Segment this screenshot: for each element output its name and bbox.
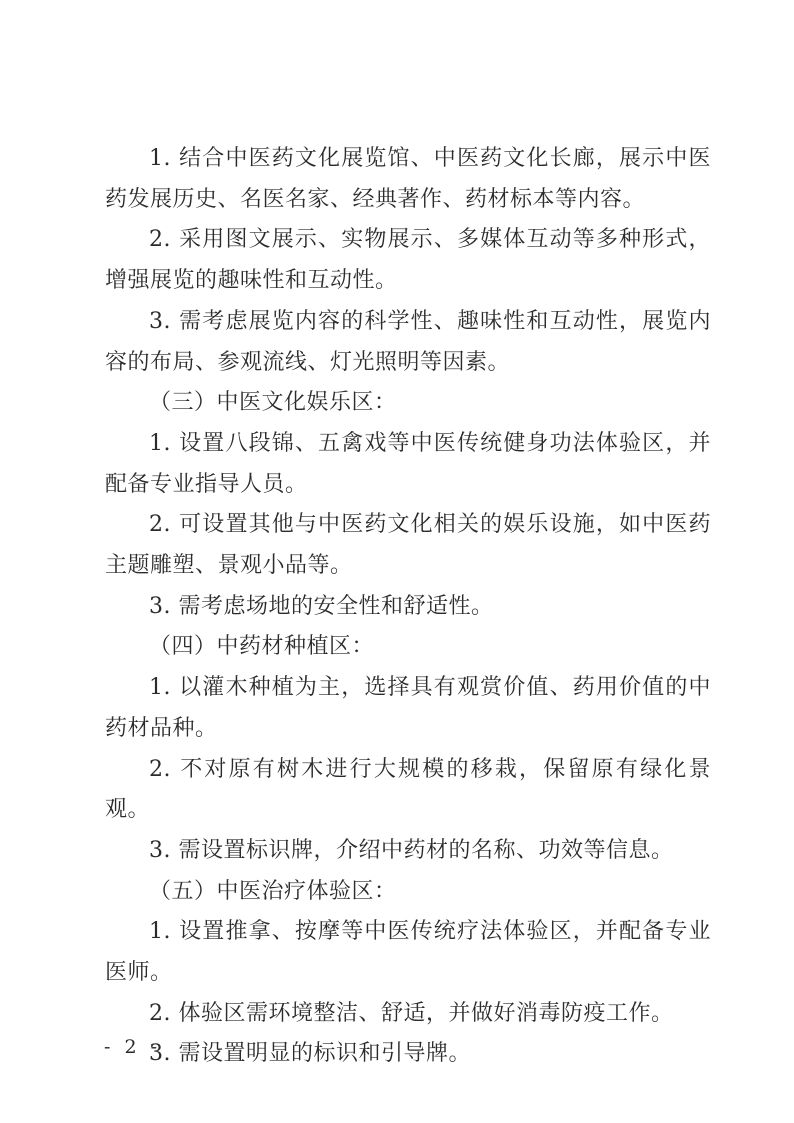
body-paragraph: 1. 设置推拿、按摩等中医传统疗法体验区，并配备专业医师。 (105, 912, 711, 993)
body-paragraph: 1. 以灌木种植为主，选择具有观赏价值、药用价值的中药材品种。 (105, 668, 711, 749)
body-paragraph: 2. 可设置其他与中医药文化相关的娱乐设施，如中医药主题雕塑、景观小品等。 (105, 505, 711, 586)
body-paragraph: 2. 采用图文展示、实物展示、多媒体互动等多种形式，增强展览的趣味性和互动性。 (105, 220, 711, 301)
body-paragraph: 1. 设置八段锦、五禽戏等中医传统健身功法体验区，并配备专业指导人员。 (105, 424, 711, 505)
page-number: - 2 - (104, 1036, 161, 1058)
section-heading: （四）中药材种植区： (105, 627, 711, 668)
document-body: 1. 结合中医药文化展览馆、中医药文化长廊，展示中医药发展历史、名医名家、经典著… (105, 139, 711, 1075)
document-page: 1. 结合中医药文化展览馆、中医药文化长廊，展示中医药发展历史、名医名家、经典著… (0, 0, 794, 1123)
section-heading: （三）中医文化娱乐区： (105, 383, 711, 424)
body-paragraph: 1. 结合中医药文化展览馆、中医药文化长廊，展示中医药发展历史、名医名家、经典著… (105, 139, 711, 220)
body-paragraph: 3. 需设置标识牌，介绍中药材的名称、功效等信息。 (105, 831, 711, 872)
section-heading: （五）中医治疗体验区： (105, 872, 711, 913)
body-paragraph: 3. 需考虑场地的安全性和舒适性。 (105, 587, 711, 628)
body-paragraph: 2. 体验区需环境整洁、舒适，并做好消毒防疫工作。 (105, 994, 711, 1035)
body-paragraph: 3. 需考虑展览内容的科学性、趣味性和互动性，展览内容的布局、参观流线、灯光照明… (105, 302, 711, 383)
body-paragraph: 3. 需设置明显的标识和引导牌。 (105, 1034, 711, 1075)
body-paragraph: 2. 不对原有树木进行大规模的移栽，保留原有绿化景观。 (105, 750, 711, 831)
